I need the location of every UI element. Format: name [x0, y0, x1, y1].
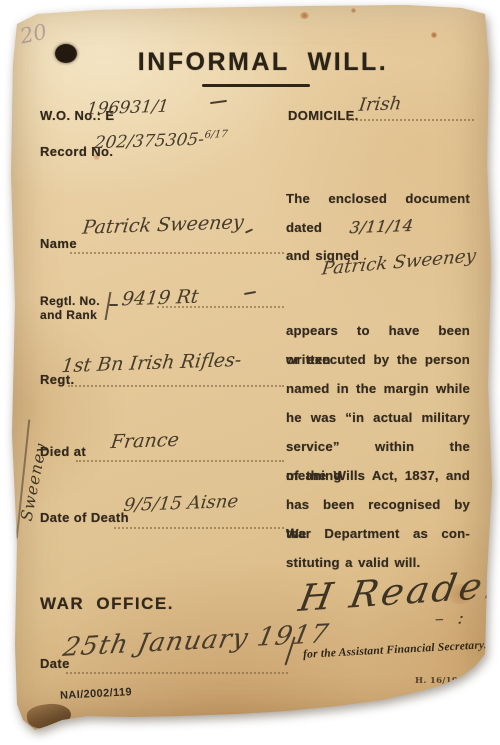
- pen-dash: [244, 291, 256, 295]
- title-underline: [202, 84, 310, 87]
- torn-corner: [25, 701, 72, 732]
- wo-no-value: 196931/1: [86, 97, 170, 120]
- foxing-stain: [351, 8, 356, 13]
- died-at-value: France: [109, 429, 180, 453]
- record-no-value: 202/375305-6/17: [93, 129, 228, 154]
- paper-sheet: 20 INFORMAL WILL. W.O. No.: E 196931/1 D…: [7, 4, 493, 734]
- signature-mark: – :: [434, 607, 470, 629]
- statement-intro: The enclosed document: [286, 184, 470, 213]
- pencil-note: 20: [18, 19, 49, 48]
- dated-value: 3/11/14: [348, 211, 415, 242]
- date-of-death-line: [114, 526, 284, 529]
- date-value: 25th January 1917: [61, 619, 332, 663]
- name-line: [70, 251, 284, 254]
- foxing-stain: [431, 32, 437, 38]
- page-title: INFORMAL WILL.: [7, 48, 493, 77]
- domicile-line: [348, 118, 474, 121]
- name-value: Patrick Sweeney: [81, 211, 245, 239]
- statement-line: of the Wills Act, 1837, and: [286, 461, 470, 490]
- statement-line: has been recognised by the: [286, 490, 470, 519]
- foxing-stain: [300, 12, 309, 19]
- died-at-line: [76, 459, 284, 462]
- name-label: Name: [40, 236, 77, 251]
- pen-dash: [109, 304, 118, 306]
- statement-line: service” within the meaning: [286, 432, 470, 461]
- statement-line: appears to have been written: [286, 316, 470, 345]
- war-office-label: WAR OFFICE.: [40, 594, 174, 614]
- statement-line: named in the margin while: [286, 374, 470, 403]
- for-assistant-financial-secretary: for the Assistant Financial Secretary.: [303, 639, 487, 661]
- pen-tick: [245, 228, 253, 233]
- print-code: H. 16/1905.: [415, 676, 474, 686]
- regt-value: 1st Bn Irish Rifles-: [60, 349, 243, 377]
- regtl-line: [157, 305, 284, 308]
- statement-line: or executed by the person: [286, 345, 470, 374]
- brace-mark: [100, 292, 112, 320]
- domicile-value: Irish: [358, 93, 403, 115]
- regt-line: [68, 384, 284, 387]
- date-of-death-value: 9/5/15 Aisne: [122, 491, 239, 516]
- dated-label: dated: [286, 220, 322, 235]
- died-at-label: Died at: [40, 444, 86, 459]
- pen-dash: [210, 100, 227, 104]
- date-line: [66, 671, 288, 674]
- statement-line: War Department as con-: [286, 519, 470, 548]
- archive-reference: NAI/2002/119: [60, 686, 133, 702]
- statement-dated-row: dated 3/11/14: [286, 212, 470, 241]
- statement-line: he was “in actual military: [286, 403, 470, 432]
- and-rank-label: and Rank: [40, 308, 97, 322]
- regtl-no-label: Regtl. No.: [40, 294, 100, 308]
- document-scan: 20 INFORMAL WILL. W.O. No.: E 196931/1 D…: [7, 4, 493, 734]
- date-of-death-label: Date of Death: [40, 510, 129, 525]
